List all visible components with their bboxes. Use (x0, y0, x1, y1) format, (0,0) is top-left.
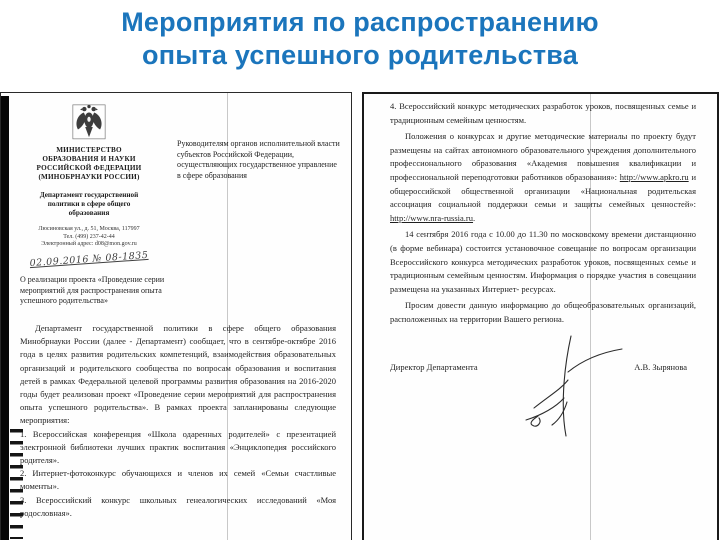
body-paragraph: Департамент государственной политики в с… (20, 322, 336, 428)
link-nra-russia: http://www.nra-russia.ru (390, 213, 473, 223)
scan-edge (1, 96, 9, 540)
ministry-line-3: РОССИЙСКОЙ ФЕДЕРАЦИИ (13, 164, 165, 173)
coat-of-arms-icon (72, 101, 106, 141)
ministry-line-4: (МИНОБРНАУКИ РОССИИ) (13, 173, 165, 182)
document-page-1: МИНИСТЕРСТВО ОБРАЗОВАНИЯ И НАУКИ РОССИЙС… (0, 92, 352, 540)
body-paragraph-request: Просим довести данную информацию до обще… (390, 299, 696, 326)
slide-title: Мероприятия по распространению опыта усп… (0, 6, 720, 72)
ministry-line-2: ОБРАЗОВАНИЯ И НАУКИ (13, 155, 165, 164)
signer-position: Директор Департамента (390, 362, 478, 372)
letter-body-page1: Департамент государственной политики в с… (20, 322, 336, 520)
body-paragraph-webinar: 14 сентября 2016 года с 10.00 до 11.30 п… (390, 228, 696, 296)
body-paragraph-links: Положения о конкурсах и другие методичес… (390, 130, 696, 225)
list-item-4: 4. Всероссийский конкурс методических ра… (390, 100, 696, 127)
list-item-3: 3. Всероссийский конкурс школьных генеал… (20, 494, 336, 520)
slide-title-line2: опыта успешного родительства (0, 39, 720, 72)
letterhead: МИНИСТЕРСТВО ОБРАЗОВАНИЯ И НАУКИ РОССИЙС… (13, 101, 165, 265)
list-item-1: 1. Всероссийская конференция «Школа одар… (20, 428, 336, 468)
ministry-name: МИНИСТЕРСТВО ОБРАЗОВАНИЯ И НАУКИ РОССИЙС… (13, 146, 165, 182)
letterhead-email: Электронный адрес: d08@mon.gov.ru (14, 241, 164, 249)
slide-title-line1: Мероприятия по распространению (0, 6, 720, 39)
letter-body-page2: 4. Всероссийский конкурс методических ра… (390, 100, 696, 330)
signer-name: А.В. Зырянова (634, 362, 687, 372)
list-item-2: 2. Интернет-фотоконкурс обучающихся и чл… (20, 467, 336, 493)
link-apkro: http://www.apkro.ru (620, 172, 689, 182)
slide: Мероприятия по распространению опыта усп… (0, 0, 720, 540)
addressee-block: Руководителям органов исполнительной вла… (177, 139, 341, 181)
reference-number-handwritten: 02.09.2016 № 08-1835 (13, 248, 165, 270)
letterhead-address: Люсиновская ул., д. 51, Москва, 117997 (14, 226, 164, 234)
document-page-2: 4. Всероссийский конкурс методических ра… (362, 92, 719, 540)
department-name: Департамент государственной политики в с… (28, 191, 150, 218)
subject-line: О реализации проекта «Проведение серии м… (20, 275, 172, 307)
paragraph-text: . (473, 213, 475, 223)
signature-icon (504, 330, 624, 440)
ministry-line-1: МИНИСТЕРСТВО (13, 146, 165, 155)
